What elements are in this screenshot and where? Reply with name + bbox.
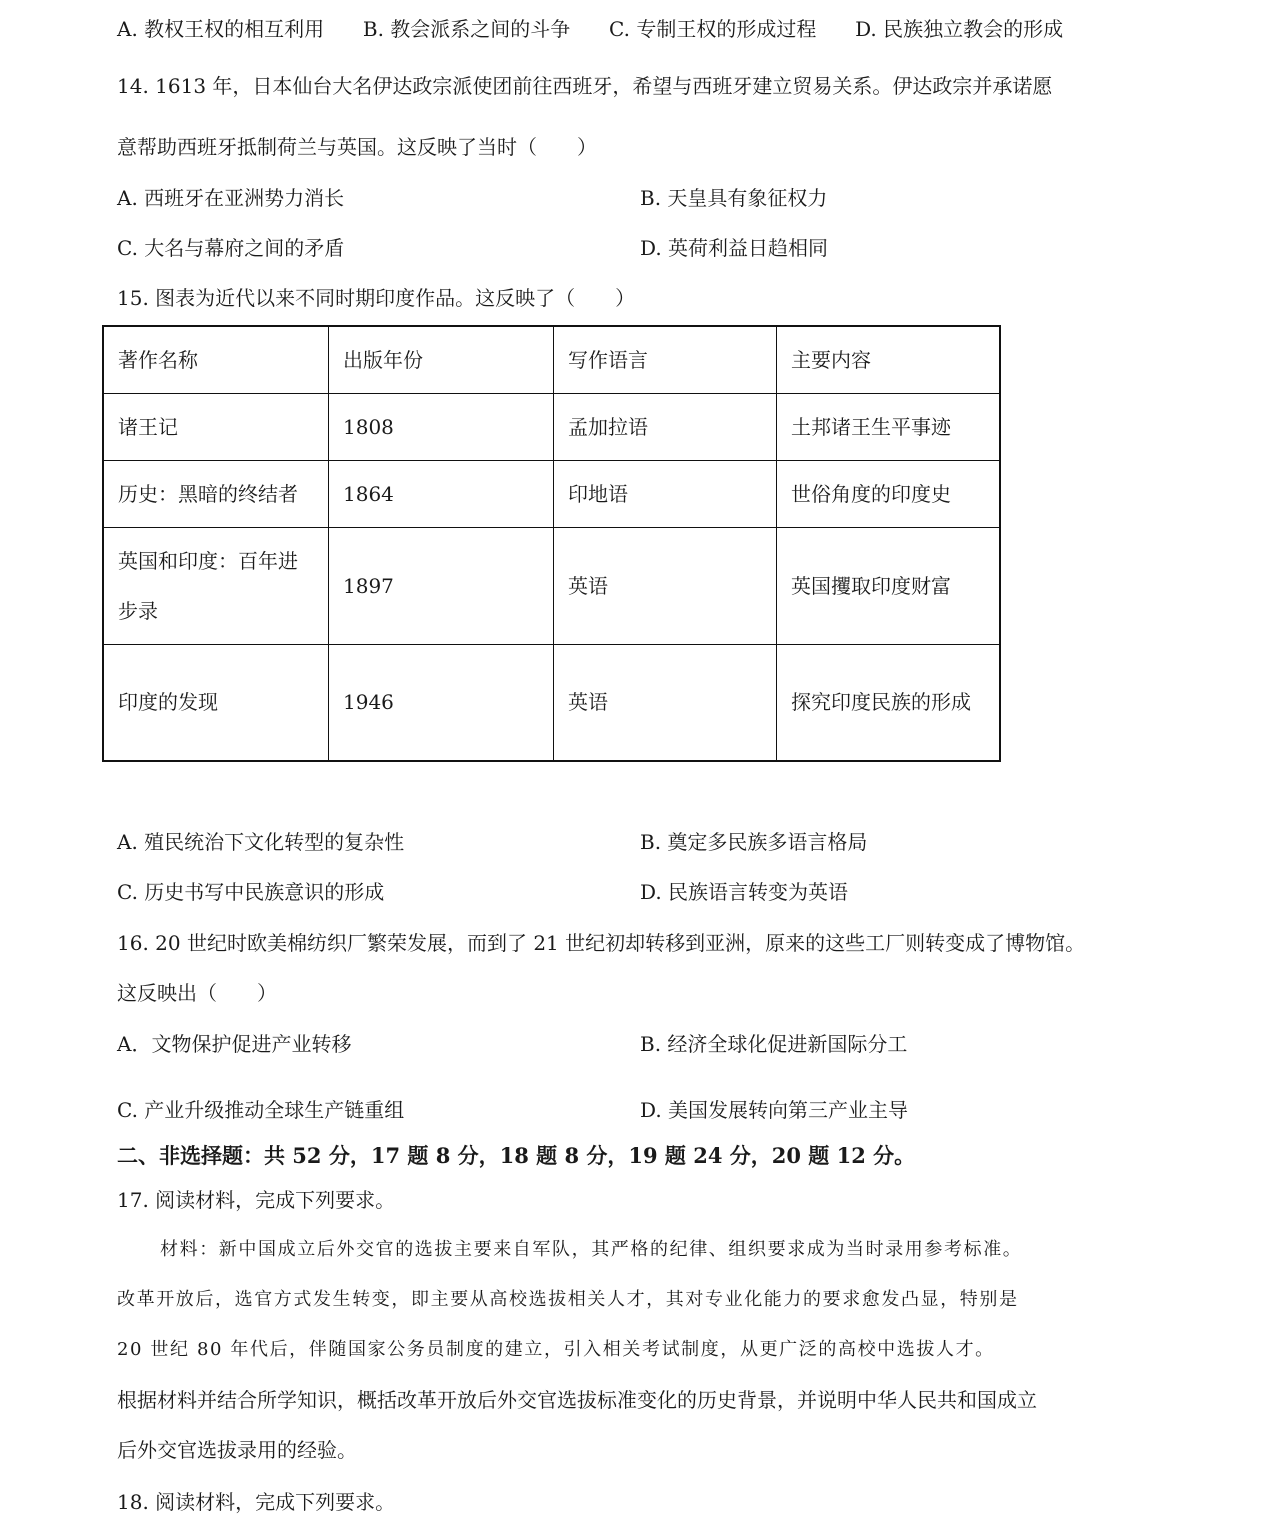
q14-option-b: B. 天皇具有象征权力: [640, 184, 827, 212]
q16-option-d: D. 美国发展转向第三产业主导: [640, 1096, 908, 1124]
table-row: 历史：黑暗的终结者 1864 印地语 世俗角度的印度史: [103, 460, 1000, 527]
q15-option-a: A. 殖民统治下文化转型的复杂性: [117, 828, 404, 856]
q15-stem: 15. 图表为近代以来不同时期印度作品。这反映了（ ）: [117, 284, 635, 312]
q14-stem-line2: 意帮助西班牙抵制荷兰与英国。这反映了当时（ ）: [117, 133, 597, 161]
indian-works-table: 著作名称 出版年份 写作语言 主要内容 诸王记 1808 孟加拉语 土邦诸王生平…: [102, 325, 1001, 762]
table-row: 诸王记 1808 孟加拉语 土邦诸王生平事迹: [103, 393, 1000, 460]
q14-option-c: C. 大名与幕府之间的矛盾: [117, 234, 344, 262]
table-cell: 英国和印度：百年进步录: [103, 527, 329, 644]
table-cell: 土邦诸王生平事迹: [777, 393, 1001, 460]
q17-question-line1: 根据材料并结合所学知识，概括改革开放后外交官选拔标准变化的历史背景，并说明中华人…: [117, 1386, 1037, 1414]
table-row: 英国和印度：百年进步录 1897 英语 英国攫取印度财富: [103, 527, 1000, 644]
q16-option-c: C. 产业升级推动全球生产链重组: [117, 1096, 404, 1124]
table-header-cell: 主要内容: [777, 326, 1001, 393]
q16-option-a: A．文物保护促进产业转移: [117, 1030, 351, 1058]
q15-option-c: C. 历史书写中民族意识的形成: [117, 878, 384, 906]
q14-option-d: D. 英荷利益日趋相同: [640, 234, 828, 262]
table-cell: 印度的发现: [103, 644, 329, 761]
q18-stem: 18. 阅读材料，完成下列要求。: [117, 1488, 395, 1516]
q16-option-b: B. 经济全球化促进新国际分工: [640, 1030, 907, 1058]
q17-question-line2: 后外交官选拔录用的经验。: [117, 1436, 357, 1464]
table-cell: 印地语: [554, 460, 777, 527]
q16-stem-line1: 16. 20 世纪时欧美棉纺织厂繁荣发展，而到了 21 世纪初却转移到亚洲，原来…: [117, 929, 1085, 957]
table-cell: 英语: [554, 644, 777, 761]
q17-material-line2: 改革开放后，选官方式发生转变，即主要从高校选拔相关人才，其对专业化能力的要求愈发…: [117, 1286, 1019, 1314]
table-cell: 英国攫取印度财富: [777, 527, 1001, 644]
q13-option-d: D. 民族独立教会的形成: [855, 17, 1063, 41]
q17-material-line3: 20 世纪 80 年代后，伴随国家公务员制度的建立，引入相关考试制度，从更广泛的…: [117, 1336, 995, 1364]
table-header-cell: 出版年份: [329, 326, 554, 393]
table-cell: 英语: [554, 527, 777, 644]
table-header-cell: 著作名称: [103, 326, 329, 393]
q15-option-d: D. 民族语言转变为英语: [640, 878, 848, 906]
table-cell: 孟加拉语: [554, 393, 777, 460]
table-cell: 探究印度民族的形成: [777, 644, 1001, 761]
table-row: 印度的发现 1946 英语 探究印度民族的形成: [103, 644, 1000, 761]
table-header-cell: 写作语言: [554, 326, 777, 393]
table-cell: 诸王记: [103, 393, 329, 460]
q13-option-c: C. 专制王权的形成过程: [609, 17, 816, 41]
table-cell: 1864: [329, 460, 554, 527]
q14-stem-line1: 14. 1613 年，日本仙台大名伊达政宗派使团前往西班牙，希望与西班牙建立贸易…: [117, 72, 1052, 100]
q14-option-a: A. 西班牙在亚洲势力消长: [117, 184, 344, 212]
table-header-row: 著作名称 出版年份 写作语言 主要内容: [103, 326, 1000, 393]
table-cell: 1946: [329, 644, 554, 761]
table-cell: 1897: [329, 527, 554, 644]
table-cell: 历史：黑暗的终结者: [103, 460, 329, 527]
q17-stem: 17. 阅读材料，完成下列要求。: [117, 1186, 395, 1214]
q17-material-line1: 材料：新中国成立后外交官的选拔主要来自军队，其严格的纪律、组织要求成为当时录用参…: [160, 1236, 1022, 1264]
table-cell: 1808: [329, 393, 554, 460]
q13-option-a: A. 教权王权的相互利用: [117, 17, 324, 41]
q15-option-b: B. 奠定多民族多语言格局: [640, 828, 867, 856]
q13-options-row: A. 教权王权的相互利用 B. 教会派系之间的斗争 C. 专制王权的形成过程 D…: [117, 15, 1063, 43]
q13-option-b: B. 教会派系之间的斗争: [363, 17, 570, 41]
section-heading: 二、非选择题：共 52 分，17 题 8 分，18 题 8 分，19 题 24 …: [117, 1142, 915, 1170]
table-cell: 世俗角度的印度史: [777, 460, 1001, 527]
q16-stem-line2: 这反映出（ ）: [117, 979, 277, 1007]
